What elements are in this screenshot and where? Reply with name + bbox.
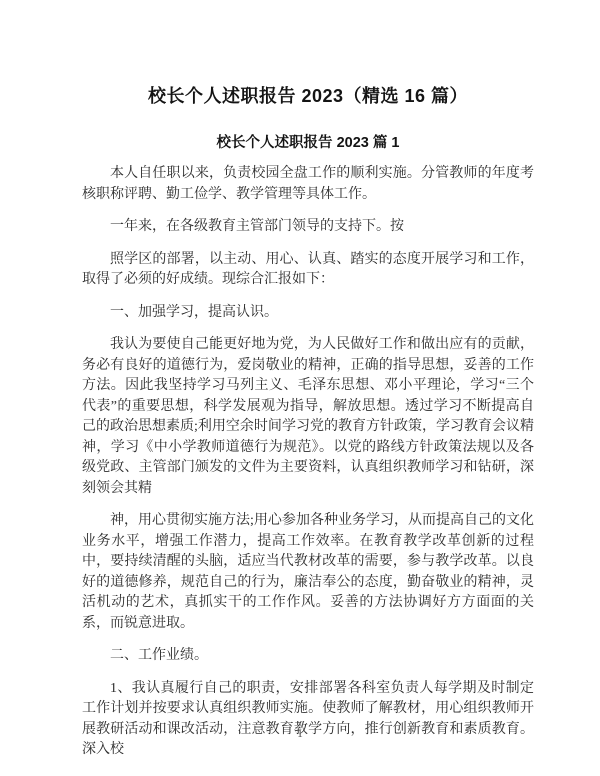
document-page: 校长个人述职报告 2023（精选 16 篇） 校长个人述职报告 2023 篇 1… [0,0,600,776]
page-number: 1 [0,728,600,740]
document-title: 校长个人述职报告 2023（精选 16 篇） [82,84,534,108]
body-paragraph-heading: 一、加强学习，提高认识。 [82,303,534,324]
body-paragraph-heading: 二、工作业绩。 [82,646,534,667]
body-paragraph: 照学区的部署，以主动、用心、认真、踏实的态度开展学习和工作，取得了必须的好成绩。… [82,250,534,291]
body-paragraph: 神，用心贯彻实施方法;用心参加各种业务学习，从而提高自己的文化业务水平，增强工作… [82,511,534,634]
section-title: 校长个人述职报告 2023 篇 1 [82,135,534,152]
document-content: 校长个人述职报告 2023（精选 16 篇） 校长个人述职报告 2023 篇 1… [0,0,600,761]
body-paragraph: 1、我认真履行自己的职责，安排部署各科室负责人每学期及时制定工作计划并按要求认真… [82,679,534,761]
body-paragraph: 一年来，在各级教育主管部门领导的支持下。按 [82,217,534,238]
body-paragraph: 本人自任职以来，负责校园全盘工作的顺利实施。分管教师的年度考核职称评聘、勤工俭学… [82,164,534,205]
body-paragraph: 我认为要使自己能更好地为党，为人民做好工作和做出应有的贡献，务必有良好的道德行为… [82,335,534,499]
document-body: 本人自任职以来，负责校园全盘工作的顺利实施。分管教师的年度考核职称评聘、勤工俭学… [82,164,534,761]
